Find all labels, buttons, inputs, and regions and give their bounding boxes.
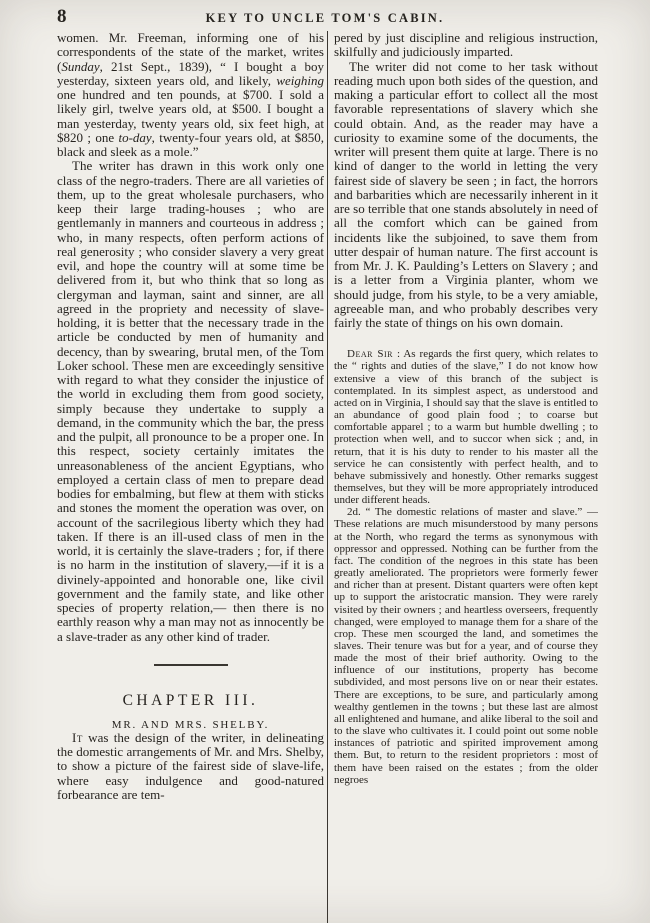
- right-column: pered by just discipline and religious i…: [334, 31, 598, 923]
- paragraph-chapter-opening: It was the design of the writer, in deli…: [57, 731, 324, 802]
- paragraph-writer-traders: The writer has drawn in this work only o…: [57, 159, 324, 644]
- paragraph-tempered-continuation: pered by just discipline and religious i…: [334, 31, 598, 60]
- chapter-title: CHAPTER III.: [57, 692, 324, 710]
- chapter-subtitle: MR. AND MRS. SHELBY.: [57, 719, 324, 731]
- chapter-divider-rule: [154, 664, 228, 666]
- chapter-heading-block: CHAPTER III. MR. AND MRS. SHELBY.: [57, 664, 324, 731]
- letter-paragraph-first-query: Dear Sir : As regards the first query, w…: [334, 348, 598, 506]
- running-title: KEY TO UNCLE TOM'S CABIN.: [0, 11, 650, 26]
- left-column: women. Mr. Freeman, informing one of his…: [57, 31, 324, 923]
- quoted-letter-block: Dear Sir : As regards the first query, w…: [334, 348, 598, 786]
- paragraph-writer-task: The writer did not come to her task with…: [334, 60, 598, 331]
- letter-paragraph-domestic-relations: 2d. “ The domestic relations of master a…: [334, 506, 598, 786]
- paragraph-market-letter: women. Mr. Freeman, informing one of his…: [57, 31, 324, 159]
- book-page: 8 KEY TO UNCLE TOM'S CABIN. women. Mr. F…: [0, 0, 650, 923]
- column-divider: [327, 31, 328, 923]
